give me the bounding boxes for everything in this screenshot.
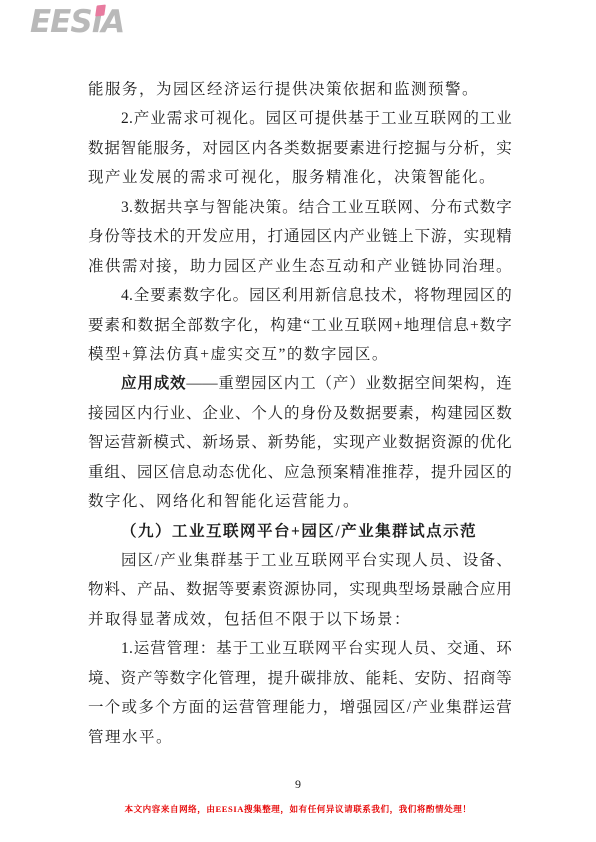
text-line: 现产业发展的需求可视化，服务精准化，决策智能化。 <box>88 163 512 192</box>
text-line: 要素和数据全部数字化，构建“工业互联网+地理信息+数字 <box>88 311 512 340</box>
document-page: EESiA 能服务，为园区经济运行提供决策依据和监测预警。2.产业需求可视化。园… <box>0 0 596 842</box>
text-line: 2.产业需求可视化。园区可提供基于工业互联网的工业 <box>88 104 512 133</box>
text-line: 一个或多个方面的运营管理能力，增强园区/产业集群运营 <box>88 693 512 722</box>
page-number: 9 <box>0 777 596 792</box>
text-line: 1.运营管理：基于工业互联网平台实现人员、交通、环 <box>88 634 512 663</box>
text-line: 数据智能服务，对园区内各类数据要素进行挖掘与分析，实 <box>88 134 512 163</box>
text-line: 准供需对接，助力园区产业生态互动和产业链协同治理。 <box>88 252 512 281</box>
text-line: 模型+算法仿真+虚实交互”的数字园区。 <box>88 340 512 369</box>
text-line: 数字化、网络化和智能化运营能力。 <box>88 487 512 516</box>
text-line: 并取得显著成效，包括但不限于以下场景： <box>88 605 512 634</box>
text-line: 物料、产品、数据等要素资源协同，实现典型场景融合应用 <box>88 575 512 604</box>
text-line: 4.全要素数字化。园区利用新信息技术，将物理园区的 <box>88 281 512 310</box>
footer-disclaimer: 本文内容来自网络，由EESIA搜集整理，如有任何异议请联系我们，我们将酌情处理！ <box>0 803 596 815</box>
text-line: 3.数据共享与智能决策。结合工业互联网、分布式数字 <box>88 193 512 222</box>
text-line: 重组、园区信息动态优化、应急预案精准推荐，提升园区的 <box>88 458 512 487</box>
text-line: 身份等技术的开发应用，打通园区内产业链上下游，实现精 <box>88 222 512 251</box>
text-line: 接园区内行业、企业、个人的身份及数据要素，构建园区数 <box>88 399 512 428</box>
text-line: 园区/产业集群基于工业互联网平台实现人员、设备、 <box>88 546 512 575</box>
text-line: 管理水平。 <box>88 723 512 752</box>
text-line: （九）工业互联网平台+园区/产业集群试点示范 <box>88 517 512 546</box>
text-line: 智运营新模式、新场景、新势能，实现产业数据资源的优化 <box>88 428 512 457</box>
eesia-logo-text: EESiA <box>30 2 160 42</box>
eesia-logo-accent-mark <box>95 5 106 17</box>
document-body: 能服务，为园区经济运行提供决策依据和监测预警。2.产业需求可视化。园区可提供基于… <box>88 75 512 752</box>
text-line: 应用成效——重塑园区内工（产）业数据空间架构，连 <box>88 369 512 398</box>
eesia-logo: EESiA <box>30 2 160 44</box>
text-line: 境、资产等数字化管理，提升碳排放、能耗、安防、招商等 <box>88 664 512 693</box>
text-line: 能服务，为园区经济运行提供决策依据和监测预警。 <box>88 75 512 104</box>
